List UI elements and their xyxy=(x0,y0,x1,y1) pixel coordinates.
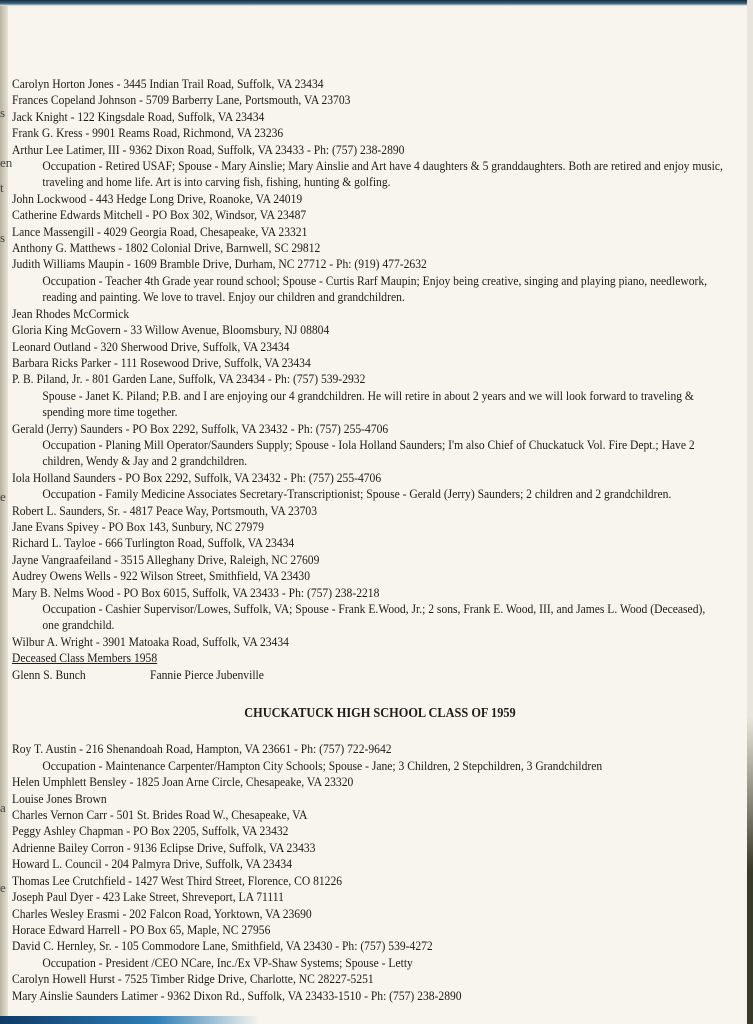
directory-entry: Roy T. Austin - 216 Shenandoah Road, Ham… xyxy=(12,741,674,774)
entry-contact-line: Frank G. Kress - 9901 Reams Road, Richmo… xyxy=(12,125,674,141)
directory-entry: Peggy Ashley Chapman - PO Box 2205, Suff… xyxy=(12,823,674,839)
entry-contact-line: Joseph Paul Dyer - 423 Lake Street, Shre… xyxy=(12,889,674,905)
directory-entry: Catherine Edwards Mitchell - PO Box 302,… xyxy=(12,207,674,223)
entry-detail: Occupation - Planing Mill Operator/Saund… xyxy=(12,437,723,470)
directory-entry: Joseph Paul Dyer - 423 Lake Street, Shre… xyxy=(12,889,674,905)
entry-detail: Occupation - President /CEO NCare, Inc./… xyxy=(12,955,723,971)
scan-top-edge xyxy=(0,0,753,6)
directory-entry: Thomas Lee Crutchfield - 1427 West Third… xyxy=(12,873,674,889)
directory-entry: Anthony G. Matthews - 1802 Colonial Driv… xyxy=(12,240,674,256)
entry-detail: Occupation - Maintenance Carpenter/Hampt… xyxy=(12,758,723,774)
entry-contact-line: Charles Wesley Erasmi - 202 Falcon Road,… xyxy=(12,906,674,922)
directory-entry: Judith Williams Maupin - 1609 Bramble Dr… xyxy=(12,256,674,305)
directory-entry: Lance Massengill - 4029 Georgia Road, Ch… xyxy=(12,224,674,240)
directory-entry: Robert L. Saunders, Sr. - 4817 Peace Way… xyxy=(12,503,674,519)
directory-entry: Jane Evans Spivey - PO Box 143, Sunbury,… xyxy=(12,519,674,535)
directory-entry: Gerald (Jerry) Saunders - PO Box 2292, S… xyxy=(12,421,674,470)
entry-contact-line: Jack Knight - 122 Kingsdale Road, Suffol… xyxy=(12,109,674,125)
entry-contact-line: Gerald (Jerry) Saunders - PO Box 2292, S… xyxy=(12,421,674,437)
directory-entry: John Lockwood - 443 Hedge Long Drive, Ro… xyxy=(12,191,674,207)
entry-contact-line: Jayne Vangraafeiland - 3515 Alleghany Dr… xyxy=(12,552,674,568)
deceased-member: Fannie Pierce Jubenville xyxy=(150,667,264,683)
directory-entry: Barbara Ricks Parker - 111 Rosewood Driv… xyxy=(12,355,674,371)
entry-detail: Occupation - Cashier Supervisor/Lowes, S… xyxy=(12,601,723,634)
entry-contact-line: Iola Holland Saunders - PO Box 2292, Suf… xyxy=(12,470,674,486)
entry-detail: Occupation - Teacher 4th Grade year roun… xyxy=(12,273,723,306)
deceased-heading: Deceased Class Members 1958 xyxy=(12,650,674,666)
directory-entry: Wilbur A. Wright - 3901 Matoaka Road, Su… xyxy=(12,634,674,650)
entry-contact-line: Audrey Owens Wells - 922 Wilson Street, … xyxy=(12,568,674,584)
entry-contact-line: Thomas Lee Crutchfield - 1427 West Third… xyxy=(12,873,674,889)
margin-bleed-text: a xyxy=(0,800,6,816)
entry-contact-line: P. B. Piland, Jr. - 801 Garden Lane, Suf… xyxy=(12,371,674,387)
entry-contact-line: Lance Massengill - 4029 Georgia Road, Ch… xyxy=(12,224,674,240)
directory-entry: Gloria King McGovern - 33 Willow Avenue,… xyxy=(12,322,674,338)
scan-right-edge xyxy=(747,0,753,1024)
entry-contact-line: Robert L. Saunders, Sr. - 4817 Peace Way… xyxy=(12,503,674,519)
entry-contact-line: Adrienne Bailey Corron - 9136 Eclipse Dr… xyxy=(12,840,674,856)
class-1959-title: CHUCKATUCK HIGH SCHOOL CLASS OF 1959 xyxy=(12,705,748,721)
entry-contact-line: Mary B. Nelms Wood - PO Box 6015, Suffol… xyxy=(12,585,674,601)
entry-contact-line: Roy T. Austin - 216 Shenandoah Road, Ham… xyxy=(12,741,674,757)
class-1958-list: Carolyn Horton Jones - 3445 Indian Trail… xyxy=(12,76,674,650)
margin-bleed-text: s xyxy=(0,230,5,246)
directory-entry: David C. Hernley, Sr. - 105 Commodore La… xyxy=(12,938,674,971)
entry-detail: Occupation - Retired USAF; Spouse - Mary… xyxy=(12,158,723,191)
directory-entry: Jean Rhodes McCormick xyxy=(12,306,674,322)
deceased-members: Glenn S. Bunch Fannie Pierce Jubenville xyxy=(12,667,674,683)
directory-entry: Mary B. Nelms Wood - PO Box 6015, Suffol… xyxy=(12,585,674,634)
entry-contact-line: Horace Edward Harrell - PO Box 65, Maple… xyxy=(12,922,674,938)
entry-contact-line: Jane Evans Spivey - PO Box 143, Sunbury,… xyxy=(12,519,674,535)
directory-entry: Jayne Vangraafeiland - 3515 Alleghany Dr… xyxy=(12,552,674,568)
directory-page: Carolyn Horton Jones - 3445 Indian Trail… xyxy=(12,76,674,1004)
entry-detail: Occupation - Family Medicine Associates … xyxy=(12,486,723,502)
entry-detail: Spouse - Janet K. Piland; P.B. and I are… xyxy=(12,388,723,421)
directory-entry: Frank G. Kress - 9901 Reams Road, Richmo… xyxy=(12,125,674,141)
margin-bleed-text: e xyxy=(0,880,6,896)
class-1959-list: Roy T. Austin - 216 Shenandoah Road, Ham… xyxy=(12,741,674,1004)
entry-contact-line: Anthony G. Matthews - 1802 Colonial Driv… xyxy=(12,240,674,256)
entry-contact-line: Arthur Lee Latimer, III - 9362 Dixon Roa… xyxy=(12,142,674,158)
entry-contact-line: Peggy Ashley Chapman - PO Box 2205, Suff… xyxy=(12,823,674,839)
entry-contact-line: Catherine Edwards Mitchell - PO Box 302,… xyxy=(12,207,674,223)
directory-entry: Helen Umphlett Bensley - 1825 Joan Arne … xyxy=(12,774,674,790)
directory-entry: Horace Edward Harrell - PO Box 65, Maple… xyxy=(12,922,674,938)
directory-entry: Charles Wesley Erasmi - 202 Falcon Road,… xyxy=(12,906,674,922)
directory-entry: P. B. Piland, Jr. - 801 Garden Lane, Suf… xyxy=(12,371,674,420)
scan-bottom-edge xyxy=(0,1016,260,1024)
directory-entry: Richard L. Tayloe - 666 Turlington Road,… xyxy=(12,535,674,551)
directory-entry: Iola Holland Saunders - PO Box 2292, Suf… xyxy=(12,470,674,503)
directory-entry: Adrienne Bailey Corron - 9136 Eclipse Dr… xyxy=(12,840,674,856)
entry-contact-line: Mary Ainslie Saunders Latimer - 9362 Dix… xyxy=(12,988,674,1004)
entry-contact-line: Frances Copeland Johnson - 5709 Barberry… xyxy=(12,92,674,108)
entry-contact-line: Richard L. Tayloe - 666 Turlington Road,… xyxy=(12,535,674,551)
entry-contact-line: Wilbur A. Wright - 3901 Matoaka Road, Su… xyxy=(12,634,674,650)
entry-contact-line: Carolyn Horton Jones - 3445 Indian Trail… xyxy=(12,76,674,92)
directory-entry: Audrey Owens Wells - 922 Wilson Street, … xyxy=(12,568,674,584)
directory-entry: Carolyn Horton Jones - 3445 Indian Trail… xyxy=(12,76,674,92)
margin-bleed-text: t xyxy=(0,180,4,196)
directory-entry: Mary Ainslie Saunders Latimer - 9362 Dix… xyxy=(12,988,674,1004)
margin-bleed-text: en xyxy=(0,155,12,171)
entry-contact-line: Helen Umphlett Bensley - 1825 Joan Arne … xyxy=(12,774,674,790)
directory-entry: Howard L. Council - 204 Palmyra Drive, S… xyxy=(12,856,674,872)
entry-contact-line: Howard L. Council - 204 Palmyra Drive, S… xyxy=(12,856,674,872)
directory-entry: Frances Copeland Johnson - 5709 Barberry… xyxy=(12,92,674,108)
entry-contact-line: Jean Rhodes McCormick xyxy=(12,306,674,322)
entry-contact-line: Leonard Outland - 320 Sherwood Drive, Su… xyxy=(12,339,674,355)
deceased-section: Deceased Class Members 1958 Glenn S. Bun… xyxy=(12,650,674,683)
entry-contact-line: Gloria King McGovern - 33 Willow Avenue,… xyxy=(12,322,674,338)
directory-entry: Arthur Lee Latimer, III - 9362 Dixon Roa… xyxy=(12,142,674,191)
directory-entry: Carolyn Howell Hurst - 7525 Timber Ridge… xyxy=(12,971,674,987)
margin-bleed-text: e xyxy=(0,489,6,505)
directory-entry: Jack Knight - 122 Kingsdale Road, Suffol… xyxy=(12,109,674,125)
directory-entry: Charles Vernon Carr - 501 St. Brides Roa… xyxy=(12,807,674,823)
entry-contact-line: David C. Hernley, Sr. - 105 Commodore La… xyxy=(12,938,674,954)
margin-bleed-text: s xyxy=(0,105,5,121)
entry-contact-line: Judith Williams Maupin - 1609 Bramble Dr… xyxy=(12,256,674,272)
deceased-member: Glenn S. Bunch xyxy=(12,667,150,683)
directory-entry: Louise Jones Brown xyxy=(12,791,674,807)
entry-contact-line: Barbara Ricks Parker - 111 Rosewood Driv… xyxy=(12,355,674,371)
entry-contact-line: Louise Jones Brown xyxy=(12,791,674,807)
directory-entry: Leonard Outland - 320 Sherwood Drive, Su… xyxy=(12,339,674,355)
page-gutter-shadow xyxy=(0,0,8,1024)
entry-contact-line: John Lockwood - 443 Hedge Long Drive, Ro… xyxy=(12,191,674,207)
entry-contact-line: Charles Vernon Carr - 501 St. Brides Roa… xyxy=(12,807,674,823)
entry-contact-line: Carolyn Howell Hurst - 7525 Timber Ridge… xyxy=(12,971,674,987)
